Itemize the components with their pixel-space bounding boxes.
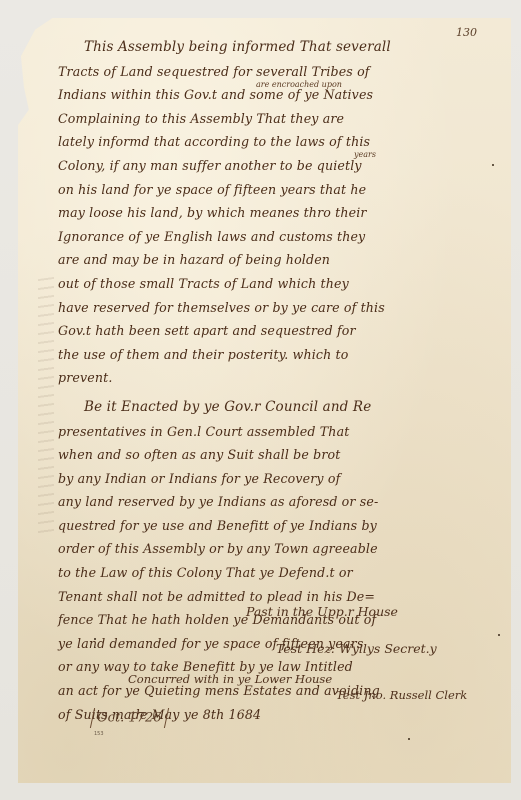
preamble-line: Colony, if any man suffer another to be … [58,154,486,178]
preamble-line: Complaining to this Assembly That they a… [58,107,486,131]
document-viewer: 130 This Assembly being informed That se… [0,0,521,800]
preamble-line: prevent. [58,366,486,390]
interlineation-years: years [354,150,376,159]
preamble-line: have reserved for themselves or by ye ca… [58,296,486,320]
enactment-line: Be it Enacted by ye Gov.r Council and Re [58,396,486,420]
preamble-line: Gov.t hath been sett apart and sequestre… [58,319,486,343]
interlineation-encroached: are encroached upon [256,80,342,89]
preamble-line: Ignorance of ye English laws and customs… [58,225,486,249]
preamble-line: the use of them and their posterity. whi… [58,343,486,367]
enactment-line: order of this Assembly or by any Town ag… [58,537,486,561]
endorsement-concurred-lower-house: Concurred with in ye Lower House [128,672,332,686]
enactment-line: when and so often as any Suit shall be b… [58,443,486,467]
endorsement-secretary-attest: Test Hez: Wyllys Secret.y [276,641,437,656]
bracket-left [90,708,95,728]
preamble-line: lately informd that according to the law… [58,130,486,154]
endorsement-passed-upper-house: Past in the Upp.r House [246,604,398,619]
enactment-line: presentatives in Gen.l Court assembled T… [58,420,486,444]
bracket-right [163,708,168,728]
enactment-line: by any Indian or Indians for ye Recovery… [58,467,486,491]
preamble-line: may loose his land, by which meanes thro… [58,201,486,225]
ink-speck [94,638,96,640]
ink-speck [492,164,494,166]
preamble-line: are and may be in hazard of being holden [58,248,486,272]
enactment-line: questred for ye use and Benefitt of ye I… [58,514,486,538]
enactment-line: any land reserved by ye Indians as afore… [58,490,486,514]
preamble-line: out of those small Tracts of Land which … [58,272,486,296]
ink-speck [408,738,410,740]
endorsement-clerk-attest: Test Jno. Russell Clerk [336,688,467,702]
enactment-line: to the Law of this Colony That ye Defend… [58,561,486,585]
bleed-through-marks [38,277,54,539]
folio-mark: 153 [94,731,104,737]
manuscript-body: This Assembly being informed That severa… [58,36,486,726]
ink-speck [498,634,500,636]
archive-reference: Oct. 1726 [88,708,171,728]
preamble-line: This Assembly being informed That severa… [58,36,486,60]
preamble-line: on his land for ye space of fifteen year… [58,178,486,202]
archive-reference-date: Oct. 1726 [97,711,162,726]
